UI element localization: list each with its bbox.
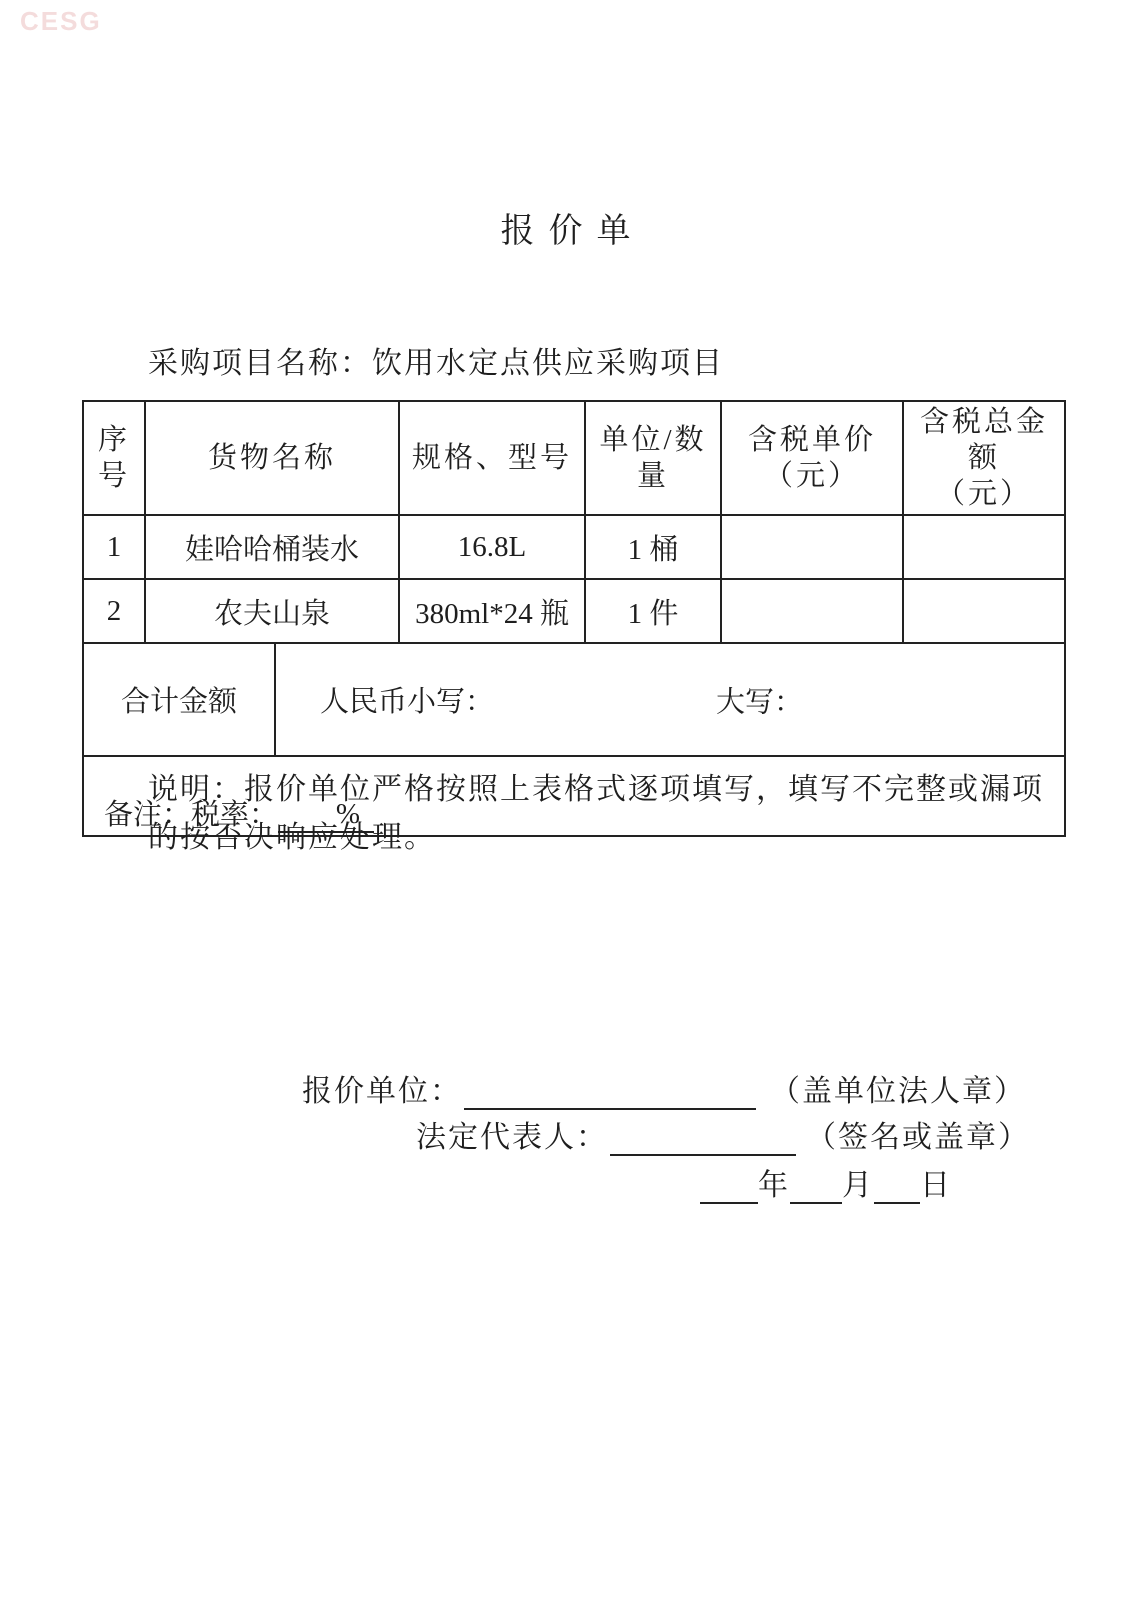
table-row-1: 1 娃哈哈桶装水 16.8L 1 桶 — [83, 515, 1065, 579]
column-header-total-amount: 含税总金额 （元） — [903, 401, 1065, 515]
project-name-line: 采购项目名称：饮用水定点供应采购项目 — [148, 338, 724, 382]
day-label: 日 — [920, 1169, 952, 1202]
row2-spec: 380ml*24 瓶 — [399, 579, 585, 643]
column-header-goods-name: 货物名称 — [145, 401, 399, 515]
row1-unit-qty: 1 桶 — [585, 515, 721, 579]
signature-unit-line: 报价单位：（盖单位法人章） — [302, 1066, 1026, 1110]
legal-representative-label: 法定代表人： — [416, 1121, 608, 1154]
row2-goods-name: 农夫山泉 — [145, 579, 399, 643]
year-label: 年 — [758, 1169, 790, 1202]
instruction-paragraph: 说明：报价单位严格按照上表格式逐项填写，填写不完整或漏项 的按否决响应处理。 — [148, 766, 1048, 862]
signature-date-line: 年月日 — [700, 1160, 952, 1204]
row1-goods-name: 娃哈哈桶装水 — [145, 515, 399, 579]
row2-total-amount — [903, 579, 1065, 643]
row1-no: 1 — [83, 515, 145, 579]
row1-spec: 16.8L — [399, 515, 585, 579]
signature-representative-line: 法定代表人：（签名或盖章） — [416, 1112, 1030, 1156]
quoting-unit-label: 报价单位： — [302, 1075, 462, 1108]
corner-watermark: CESG — [20, 6, 102, 37]
document-title: 报价单 — [0, 203, 1131, 252]
row2-no: 2 — [83, 579, 145, 643]
table-row-2: 2 农夫山泉 380ml*24 瓶 1 件 — [83, 579, 1065, 643]
day-blank — [874, 1172, 920, 1204]
month-blank — [790, 1172, 842, 1204]
quoting-unit-blank — [464, 1078, 756, 1110]
row2-unit-qty: 1 件 — [585, 579, 721, 643]
column-header-unit-qty: 单位/数 量 — [585, 401, 721, 515]
year-blank — [700, 1172, 758, 1204]
month-label: 月 — [842, 1169, 874, 1202]
table-header-row: 序 号 货物名称 规格、型号 单位/数 量 含税单价 （元） 含税总金额 （元） — [83, 401, 1065, 515]
column-header-spec-model: 规格、型号 — [399, 401, 585, 515]
row1-total-amount — [903, 515, 1065, 579]
rep-seal-note: （签名或盖章） — [806, 1121, 1030, 1154]
rmb-lowercase-label: 人民币小写： — [320, 686, 494, 718]
table-total-row: 合计金额 人民币小写： 大写： — [83, 643, 1065, 756]
column-header-no: 序 号 — [83, 401, 145, 515]
total-amount-content: 人民币小写： 大写： — [275, 643, 1065, 756]
unit-seal-note: （盖单位法人章） — [770, 1075, 1026, 1108]
column-header-unit-price: 含税单价 （元） — [721, 401, 903, 515]
row1-unit-price — [721, 515, 903, 579]
legal-representative-blank — [610, 1124, 796, 1156]
row2-unit-price — [721, 579, 903, 643]
rmb-uppercase-label: 大写： — [716, 686, 803, 718]
total-amount-label: 合计金额 — [83, 643, 275, 756]
quotation-document-page: CESG 报价单 采购项目名称：饮用水定点供应采购项目 序 号 货物名称 规格、… — [0, 0, 1131, 1600]
